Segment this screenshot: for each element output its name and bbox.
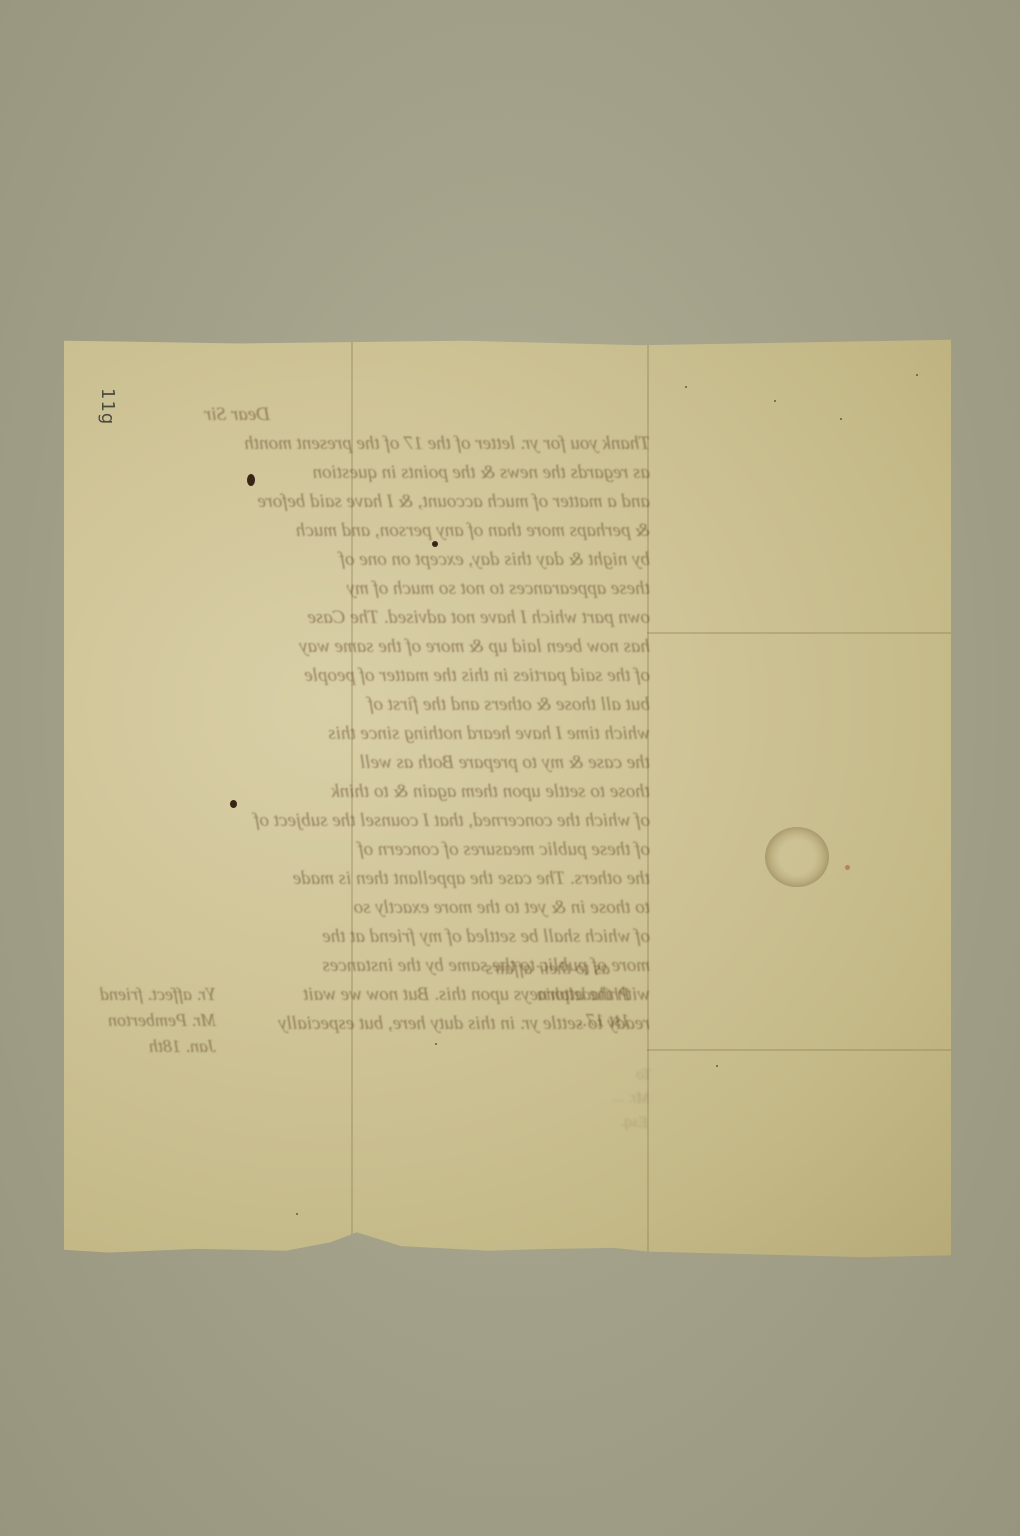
- body-line: the case & my to prepare Both as well: [70, 748, 650, 777]
- body-line: as regards the news & the points in ques…: [70, 458, 650, 487]
- letter-body-mirrored: Dear Sir Thank you for yr. letter of the…: [70, 400, 650, 1038]
- body-line: but all those & others and the first of: [70, 690, 650, 719]
- fold-line-horizontal-upper: [647, 632, 951, 634]
- paper-speck: [774, 400, 776, 402]
- ink-blot: [230, 800, 237, 808]
- ink-blot: [432, 541, 438, 547]
- body-line: to those in & yet to the more exactly so: [70, 893, 650, 922]
- ink-blot: [247, 474, 255, 486]
- place-date: Philadelphia 1st 17..: [537, 981, 630, 1059]
- body-line: those to settle upon them again & to thi…: [70, 777, 650, 806]
- signature-line: Yr. affect. friend: [100, 981, 216, 1007]
- place: Philadelphia: [537, 981, 630, 1007]
- body-line: by night & day this day, except on one o…: [70, 545, 650, 574]
- salutation: Dear Sir: [70, 400, 650, 429]
- body-line: and a matter of much account, & I have s…: [70, 487, 650, 516]
- signature-line: Mr. Pemberton: [100, 1007, 216, 1033]
- wax-seal-stain: [765, 827, 829, 887]
- fold-line-horizontal-lower: [647, 1049, 951, 1051]
- paper-speck: [916, 374, 918, 376]
- paper-speck: [840, 418, 842, 420]
- body-line: of which shall be settled of my friend a…: [70, 922, 650, 951]
- paper-speck: [685, 386, 687, 388]
- body-line: these appearances to not so much of my: [70, 574, 650, 603]
- address-panel-faint: To Mr. ... Esq.: [538, 1056, 653, 1135]
- body-line: Thank you for yr. letter of the 17 of th…: [70, 429, 650, 458]
- signature-block: Yr. affect. friend Mr. Pemberton Jan. 18…: [70, 981, 216, 1059]
- body-line: of these public measures of concern of: [70, 835, 650, 864]
- body-line: of the said parties in this the matter o…: [70, 661, 650, 690]
- body-line: of which the concerned, that I counsel t…: [70, 806, 650, 835]
- paper-speck: [716, 1065, 718, 1067]
- paper-speck: [435, 1043, 437, 1045]
- signature-line: Jan. 18th: [100, 1033, 216, 1059]
- letter-closing-mirrored: as to their affairs Philadelphia 1st 17.…: [70, 955, 630, 1059]
- valediction: as to their affairs: [70, 955, 630, 981]
- body-line: the others. The case the appellant then …: [70, 864, 650, 893]
- paper-speck: [296, 1213, 298, 1215]
- body-line: has now been laid up & more of the same …: [70, 632, 650, 661]
- body-line: own part which I have not advised. The C…: [70, 603, 650, 632]
- body-line: & perhaps more than of any person, and m…: [70, 516, 650, 545]
- date: 1st 17..: [537, 1007, 630, 1033]
- seal-rust-spot: [845, 865, 850, 870]
- body-line: which time I have heard nothing since th…: [70, 719, 650, 748]
